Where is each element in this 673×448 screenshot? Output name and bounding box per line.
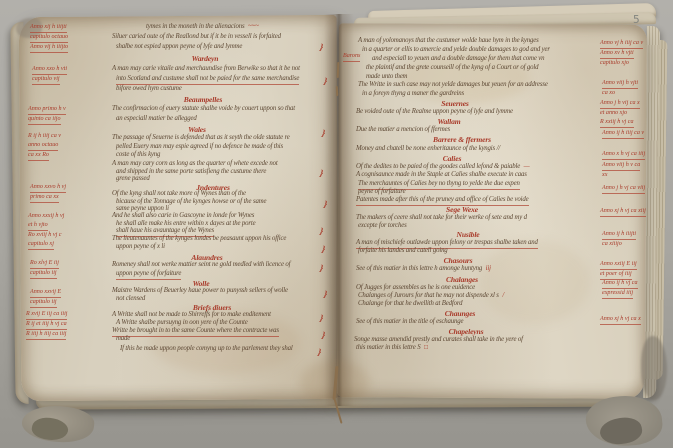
text-line: Be voided oute of the Realme uppon peyne… [356, 109, 513, 116]
manuscript-text-layer: Barons tymes in the moneth in the aliena… [0, 0, 673, 448]
text-line: If this be made uppon people comyng up t… [120, 346, 293, 353]
margin-citation-line: ca xx Ro [28, 152, 49, 161]
text-line: The passage of Seuerne is defended that … [112, 135, 290, 142]
text-line: And he shall also carie in Gascoyne in l… [112, 213, 254, 220]
margin-citation-line: primo ca xx [30, 194, 59, 203]
text-line: Maistre Wardens of Beuerley haue power t… [112, 288, 288, 295]
text-line: an especiall matier be allegged [116, 116, 197, 123]
text-line: Chalanges of Jurours for that he may not… [358, 293, 504, 300]
text-line: excepte for torches [358, 223, 407, 230]
gutter-annotation: Barons [343, 53, 360, 63]
text-line: See of this matier in this lettre h amon… [356, 266, 491, 273]
margin-citation-line: capitulo octauo [30, 34, 68, 43]
margin-citation: Ro xlvj E iijcapitulo iij [30, 260, 59, 280]
text-line: Money and chatell be none enheritaunce o… [356, 146, 500, 153]
rubric-line-bracket: } [323, 199, 328, 209]
text-line: in a quarter or ellis to amercie and yel… [362, 47, 550, 54]
rubric-line-bracket: } [319, 168, 324, 178]
margin-citation-line: capitulo xj [28, 241, 54, 250]
margin-citation-line: Anno xxvij E [30, 289, 61, 298]
text-line: into Scotland and custume shall not be p… [116, 76, 299, 85]
text-line: coste of this kyng [116, 152, 160, 159]
margin-citation: Anno ij h vj caexpressid iiij [602, 280, 638, 300]
margin-citation-line: Anno vij h iiijto [30, 44, 68, 53]
rubric-heading: Calies [443, 155, 462, 163]
margin-citation-line: Anno xxo h vti [32, 66, 67, 75]
rubric-heading: Chasours [444, 257, 473, 265]
text-line: grene passed [116, 176, 150, 183]
margin-citation-line: Ro xlvj E iij [30, 260, 59, 269]
text-line: made [116, 336, 130, 343]
margin-citation-line: expressid iiij [602, 290, 633, 299]
text-line: peyne of forfaiture [358, 189, 406, 196]
text-line: uppon peyne of forfaiture [116, 271, 181, 280]
margin-citation: Anno vj h iiij ca vAnno xv h vjticapitul… [600, 40, 643, 69]
rubric-line-bracket: } [321, 330, 326, 340]
margin-citation-line: Anno vj h iiij ca v [600, 40, 643, 49]
margin-citation-line: Anno viij h v ca [602, 162, 640, 171]
margin-citation: Anno xij h iiijticapitulo octauoAnno vij… [30, 24, 68, 54]
text-line: Of the kyng shall not take more of Wynes… [112, 191, 246, 198]
margin-citation-line: et anno xjo [600, 110, 627, 118]
rubric-endmark: ~~~ [247, 23, 259, 30]
margin-citation-line: R ij h iiij ca v [28, 133, 61, 141]
text-line: bifore owed hym custume [116, 86, 182, 93]
text-line: A cognisaunce made in the Staple at Cali… [356, 172, 527, 179]
margin-citation-line: Anno xv h vjti [600, 50, 634, 59]
text-line: The lieutenauntes of the kynges londes b… [112, 236, 286, 243]
gutter-annotation-text: Barons [343, 53, 360, 62]
rubric-heading: Wardeyn [192, 55, 219, 63]
rubric-line-bracket: } [319, 313, 324, 323]
text-line: made unto them [366, 74, 407, 81]
text-line: The confirmacion of euery statute shalbe… [112, 106, 295, 113]
rubric-line-bracket: } [323, 76, 328, 86]
margin-citation: Anno j h vj ca viij [602, 185, 645, 195]
margin-citation-line: R ij et iiij h vj ca [26, 321, 67, 330]
margin-citation-line: Anno ij h iiij ca v [602, 130, 644, 139]
text-line: Romeney shall not werke mattier seint ne… [112, 262, 290, 269]
margin-citation-line: capitulo xjo [600, 60, 629, 68]
margin-citation: Anno xj h vj ca x [600, 316, 641, 326]
margin-citation-line: capitulo iij [30, 299, 57, 308]
rubric-heading: Nusible [457, 231, 480, 239]
margin-citation: Anno xj h vj ca xiij [600, 208, 646, 218]
text-line: Siluer caried oute of the Reallond but i… [112, 34, 281, 41]
rubric-heading: Chalanges [446, 276, 478, 284]
rubric-line-bracket: } [319, 263, 324, 273]
rubric-heading: Wallam [437, 118, 460, 126]
text-line: Of the dedites to be paied of the goodes… [356, 164, 530, 171]
margin-citation-line: Ro xviij h vj c [28, 232, 62, 240]
rubric-heading: Seuernes [441, 100, 469, 108]
margin-citation: Anno xxo h vticapitulo vij [32, 66, 67, 86]
text-line: uppon peyne of x li [116, 244, 165, 251]
margin-citation-line: anno octauo [28, 142, 58, 151]
margin-citation-line: Anno xij h iiijti [30, 24, 67, 33]
rubric-line-bracket: } [319, 226, 324, 236]
margin-citation-line: Anno xj h vj ca xiij [600, 208, 646, 217]
margin-citation-line: Anno j h vij ca x [600, 100, 640, 109]
margin-citation-line: Anno xxvo h vj [30, 184, 66, 193]
rubric-line-bracket: } [321, 244, 326, 254]
text-line: See of this matier in the title of escha… [356, 319, 463, 326]
margin-citation-line: R xvij E iij ca iiij [26, 311, 67, 320]
margin-citation-line: R iiij h iiij ca iiij [26, 331, 66, 340]
text-line: Chalange for that he dwellith at Bedford [358, 301, 462, 308]
margin-citation: R xvij E iij ca iiijR ij et iiij h vj ca… [26, 311, 67, 341]
margin-citation-line: et h vjto [28, 222, 48, 231]
text-line: A man of yolomanoys that the custumer wo… [358, 38, 539, 45]
margin-citation: Anno xxxij h vjet h vjtoRo xviij h vj cc… [28, 213, 64, 251]
rubric-heading: Wales [188, 126, 206, 134]
text-line: A Writte shall not be made to Shirreffs … [112, 312, 271, 319]
margin-citation: Anno xxvo h vjprimo ca xx [30, 184, 66, 204]
margin-citation-line: Anno primo h v [28, 106, 66, 115]
manuscript-photo: Barons tymes in the moneth in the aliena… [0, 0, 673, 448]
text-line: Songe masse amendid prestly and curates … [354, 337, 523, 344]
text-line: forfaite his landes and catell going [358, 248, 448, 255]
margin-citation-line: ca xo [602, 90, 615, 98]
rubric-line-bracket: } [323, 289, 328, 299]
rubric-endmark: — [522, 163, 529, 170]
margin-citation: Anno xxvij Ecapitulo iij [30, 289, 61, 309]
rubric-heading: Sege Wexe [446, 206, 478, 214]
margin-citation: Anno primo h vquinto ca iijo [28, 106, 66, 126]
text-line: tymes in the moneth in the alienacions ~… [146, 24, 259, 31]
margin-citation-line: capitulo iij [30, 270, 57, 279]
margin-citation-line: Anno xxiij E iij [600, 261, 637, 270]
text-line: this matier in this lettre S □ [356, 345, 428, 352]
margin-citation-line: ca xiiijo [602, 241, 622, 249]
text-line: Writte be brought in to the same Counte … [112, 328, 279, 337]
margin-citation: R ij h iiij ca vanno octauoca xx Ro [28, 133, 61, 162]
margin-citation-line: Anno xxxij h vj [28, 213, 64, 221]
rubric-heading: Chapeleyns [449, 328, 484, 336]
margin-citation-line: Anno ij h iiijti [602, 231, 636, 240]
margin-citation: Anno j h vij ca xet anno xjoR xxiij h vj… [600, 100, 640, 129]
text-line: Of Jugges for assembles as he is one eui… [356, 285, 475, 292]
margin-citation-line: Anno j h vj ca viij [602, 185, 645, 194]
rubric-endmark: □ [422, 344, 428, 351]
text-line: Patentes made after this of the pruney a… [356, 197, 529, 206]
margin-citation: Anno viij h v caxx [602, 162, 640, 181]
margin-citation: Anno xxiij E iijet poer of iiij [600, 261, 637, 281]
rubric-endmark: iij [484, 265, 491, 272]
margin-citation-line: Anno viij h vjti [602, 80, 638, 89]
text-line: A man may cary corn as long as the quart… [112, 161, 278, 168]
margin-citation: Anno viij h vjtica xo [602, 80, 638, 99]
text-line: A man may carie vitaile and merchaundise… [112, 66, 300, 73]
rubric-heading: Barrere & ffermers [433, 136, 491, 144]
margin-citation-line: Anno x h vj ca iiij [602, 151, 645, 160]
margin-citation-line: Anno ij h vj ca [602, 280, 638, 289]
margin-citation-line: capitulo vij [32, 76, 60, 85]
margin-citation-line: et poer of iiij [600, 271, 632, 280]
text-line: in a foreyn thyng a maner the gardreins [362, 91, 464, 98]
rubric-line-bracket: } [317, 347, 322, 357]
text-line: Due the matier a mencion of ffermes [356, 127, 450, 134]
folio-number: 5 [633, 14, 640, 26]
text-line: The makers of ceere shall not take for t… [356, 215, 527, 222]
text-line: and especiall to yeuen and a double dama… [372, 56, 544, 63]
margin-citation: Anno x h vj ca iiij [602, 151, 645, 161]
margin-citation-line: quinto ca iijo [28, 116, 61, 125]
rubric-line-bracket: } [319, 42, 324, 52]
text-line: The Writte in such case may not yelde da… [358, 82, 548, 89]
text-line: pelled Euery man may espie agreed if no … [116, 144, 283, 151]
rubric-heading: Beaumpelles [184, 96, 222, 104]
text-line: the plaintif and the grete counseill of … [366, 65, 538, 72]
text-line: A Writte shalbe pursuyng in oon yere of … [116, 320, 248, 327]
margin-citation: Anno ij h iiijtica xiiijo [602, 231, 636, 250]
margin-citation: Anno ij h iiij ca v [602, 130, 644, 140]
margin-citation-line: Anno xj h vj ca x [600, 316, 641, 325]
margin-citation-line: xx [602, 172, 607, 180]
rubric-endmark: / [501, 292, 504, 299]
text-line: not clensed [116, 296, 145, 303]
rubric-heading: Chaunges [445, 310, 475, 318]
rubric-line-bracket: } [321, 128, 326, 138]
margin-citation-line: R xxiij h vj ca [600, 119, 634, 128]
text-line: shalbe not espied uppon peyne of lyfe an… [116, 44, 242, 51]
